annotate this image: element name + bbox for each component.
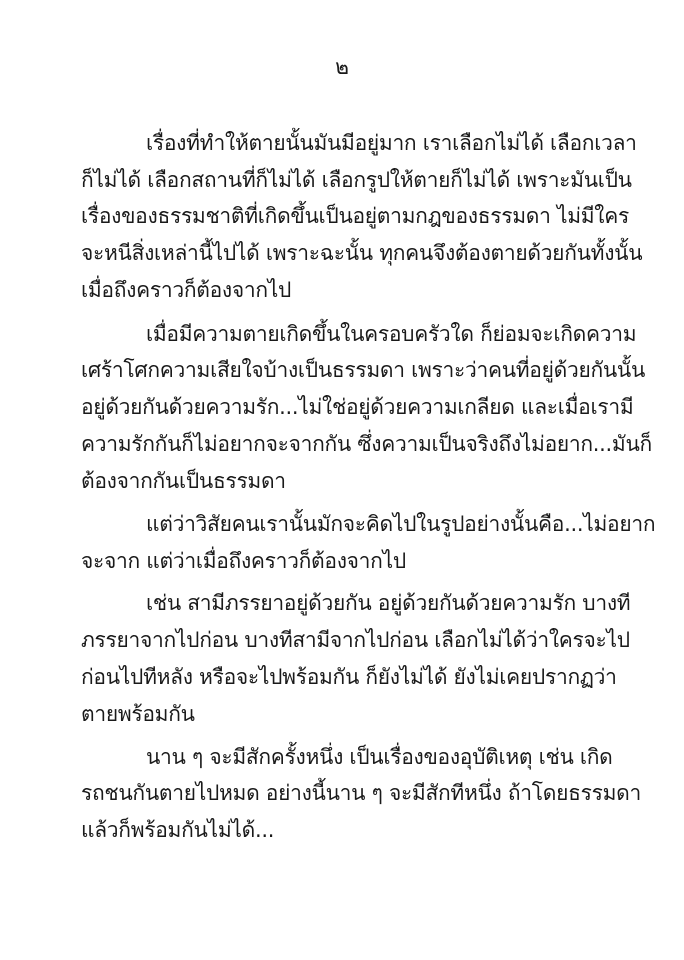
paragraph-line: ความรักกันก็ไม่อยากจะจากกัน ซึ่งความเป็น… [81, 426, 608, 462]
paragraph-line: เรื่องของธรรมชาติที่เกิดขึ้นเป็นอยู่ตามก… [81, 198, 608, 234]
paragraph-line: เศร้าโศกความเสียใจบ้างเป็นธรรมดา เพราะว่… [81, 352, 608, 388]
paragraph-line: นาน ๆ จะมีสักครั้งหนึ่ง เป็นเรื่องของอุบ… [146, 739, 608, 775]
paragraph-line: ต้องจากกันเป็นธรรมดา [81, 463, 608, 499]
paragraph-line: ก็ไม่ได้ เลือกสถานที่ก็ไม่ได้ เลือกรูปให… [81, 162, 608, 198]
paragraph-line: เมื่อมีความตายเกิดขึ้นในครอบครัวใด ก็ย่อ… [146, 316, 608, 352]
paragraph-line: เรื่องที่ทำให้ตายนั้นมันมีอยู่มาก เราเลื… [146, 125, 608, 161]
paragraph-line: แล้วก็พร้อมกันไม่ได้... [81, 812, 608, 848]
paragraph-line: ตายพร้อมกัน [81, 696, 608, 732]
paragraph-line: จะหนีสิ่งเหล่านี้ไปได้ เพราะฉะนั้น ทุกคน… [81, 235, 608, 271]
paragraph-line: ก่อนไปทีหลัง หรือจะไปพร้อมกัน ก็ยังไม่ได… [81, 659, 608, 695]
paragraph-line: เมื่อถึงคราวก็ต้องจากไป [81, 272, 608, 308]
paragraph-line: อยู่ด้วยกันด้วยความรัก...ไม่ใช่อยู่ด้วยค… [81, 389, 608, 425]
paragraph-line: ภรรยาจากไปก่อน บางทีสามีจากไปก่อน เลือกไ… [81, 622, 608, 658]
paragraph-line: แต่ว่าวิสัยคนเรานั้นมักจะคิดไปในรูปอย่าง… [146, 506, 608, 542]
paragraph-line: จะจาก แต่ว่าเมื่อถึงคราวก็ต้องจากไป [81, 543, 608, 579]
paragraph-line: รถชนกันตายไปหมด อย่างนี้นาน ๆ จะมีสักทีห… [81, 775, 608, 811]
paragraph-line: เช่น สามีภรรยาอยู่ด้วยกัน อยู่ด้วยกันด้ว… [146, 585, 608, 621]
page-number: ๒ [0, 54, 684, 80]
